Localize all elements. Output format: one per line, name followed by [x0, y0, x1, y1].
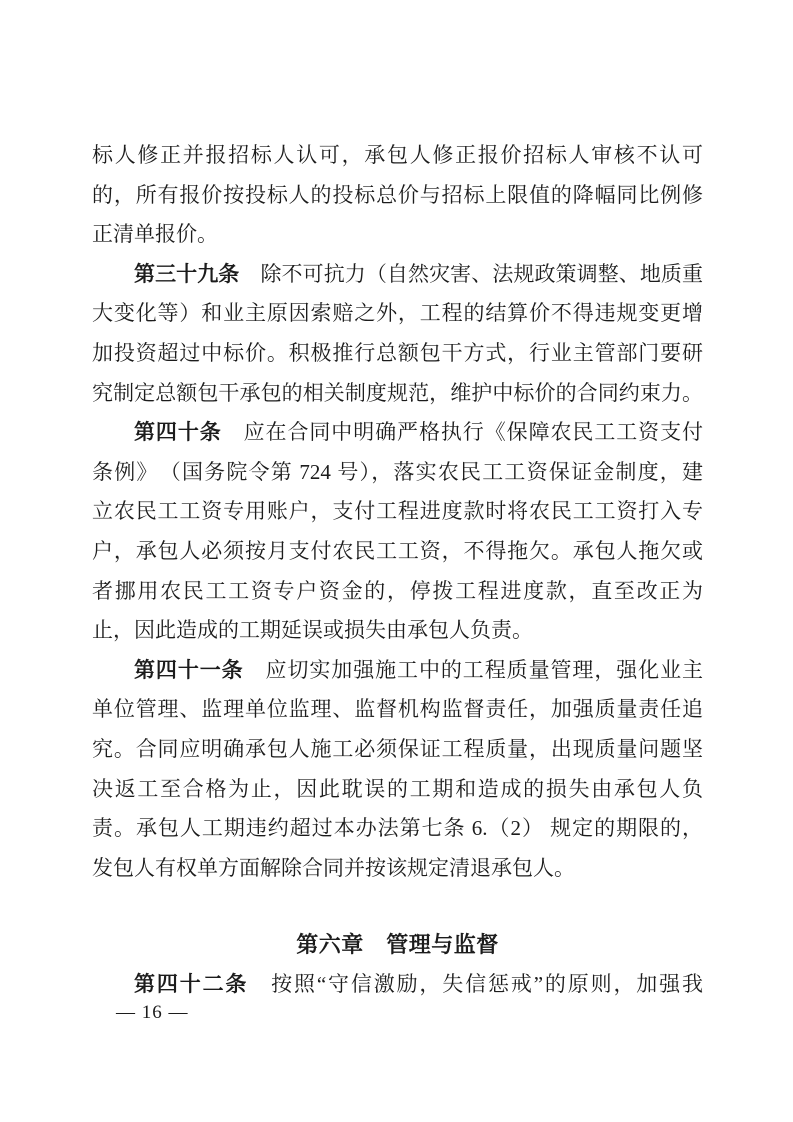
- text-run: 除不可抗力（自然灾害、法规政策调整、地质重: [239, 262, 703, 286]
- text-line: 加投资超过中标价。积极推行总额包干方式，行业主管部门要研: [92, 334, 703, 374]
- text-line: 第三十九条 除不可抗力（自然灾害、法规政策调整、地质重: [92, 255, 703, 295]
- text-line: 正清单报价。: [92, 215, 703, 255]
- text-line: 的，所有报价按投标人的投标总价与招标上限值的降幅同比例修: [92, 176, 703, 216]
- text-run: 的，所有报价按投标人的投标总价与招标上限值的降幅同比例修: [92, 183, 703, 207]
- emphasis-text: 第四十条: [134, 420, 222, 444]
- text-line: 决返工至合格为止，因此耽误的工期和造成的损失由承包人负: [92, 770, 703, 810]
- text-run: 户，承包人必须按月支付农民工工资，不得拖欠。承包人拖欠或: [92, 539, 703, 563]
- text-line: 户，承包人必须按月支付农民工工资，不得拖欠。承包人拖欠或: [92, 532, 703, 572]
- text-line: 大变化等）和业主原因索赔之外，工程的结算价不得违规变更增: [92, 294, 703, 334]
- text-run: 究制定总额包干承包的相关制度规范，维护中标价的合同约束力。: [92, 381, 703, 405]
- text-run: 正清单报价。: [92, 222, 218, 246]
- article-41: 第四十一条 应切实加强施工中的工程质量管理，强化业主单位管理、监理单位监理、监督…: [92, 651, 703, 889]
- text-run: 责。承包人工期违约超过本办法第七条 6.（2） 规定的期限的，: [92, 816, 703, 840]
- paragraph-continuation: 标人修正并报招标人认可，承包人修正报价招标人审核不认可的，所有报价按投标人的投标…: [92, 136, 703, 255]
- emphasis-text: 第六章 管理与监督: [296, 932, 499, 957]
- text-line: 第四十条 应在合同中明确严格执行《保障农民工工资支付: [92, 413, 703, 453]
- text-line: 立农民工工资专用账户，支付工程进度款时将农民工工资打入专: [92, 492, 703, 532]
- text-run: 条例》 （国务院令第 724 号），落实农民工工资保证金制度，建: [92, 460, 703, 484]
- text-run: 究。合同应明确承包人施工必须保证工程质量，出现质量问题坚: [92, 737, 703, 761]
- text-line: 第六章 管理与监督: [92, 925, 703, 965]
- document-page: 标人修正并报招标人认可，承包人修正报价招标人审核不认可的，所有报价按投标人的投标…: [0, 0, 793, 1122]
- text-run: 加投资超过中标价。积极推行总额包干方式，行业主管部门要研: [92, 341, 703, 365]
- text-run: 决返工至合格为止，因此耽误的工期和造成的损失由承包人负: [92, 777, 703, 801]
- text-line: 责。承包人工期违约超过本办法第七条 6.（2） 规定的期限的，: [92, 809, 703, 849]
- emphasis-text: 第三十九条: [134, 262, 239, 286]
- text-line: 发包人有权单方面解除合同并按该规定清退承包人。: [92, 849, 703, 889]
- text-run: 应切实加强施工中的工程质量管理，强化业主: [244, 658, 703, 682]
- chapter-heading: 第六章 管理与监督: [92, 925, 703, 965]
- article-42: 第四十二条 按照“守信激励，失信惩戒”的原则，加强我: [92, 965, 703, 1005]
- text-line: 标人修正并报招标人认可，承包人修正报价招标人审核不认可: [92, 136, 703, 176]
- article-39: 第三十九条 除不可抗力（自然灾害、法规政策调整、地质重大变化等）和业主原因索赔之…: [92, 255, 703, 413]
- text-line: 者挪用农民工工资专户资金的，停拨工程进度款，直至改正为: [92, 572, 703, 612]
- emphasis-text: 第四十二条: [134, 972, 248, 996]
- emphasis-text: 第四十一条: [134, 658, 244, 682]
- text-line: 究制定总额包干承包的相关制度规范，维护中标价的合同约束力。: [92, 374, 703, 414]
- text-run: 大变化等）和业主原因索赔之外，工程的结算价不得违规变更增: [92, 301, 703, 325]
- text-run: 止，因此造成的工期延误或损失由承包人负责。: [92, 618, 533, 642]
- text-line: 止，因此造成的工期延误或损失由承包人负责。: [92, 611, 703, 651]
- text-run: 发包人有权单方面解除合同并按该规定清退承包人。: [92, 856, 575, 880]
- text-run: 者挪用农民工工资专户资金的，停拨工程进度款，直至改正为: [92, 579, 703, 603]
- text-run: 按照“守信激励，失信惩戒”的原则，加强我: [248, 972, 703, 996]
- text-line: 究。合同应明确承包人施工必须保证工程质量，出现质量问题坚: [92, 730, 703, 770]
- text-run: 标人修正并报招标人认可，承包人修正报价招标人审核不认可: [92, 143, 703, 167]
- text-line: 第四十一条 应切实加强施工中的工程质量管理，强化业主: [92, 651, 703, 691]
- text-run: 单位管理、监理单位监理、监督机构监督责任，加强质量责任追: [92, 697, 703, 721]
- document-body: 标人修正并报招标人认可，承包人修正报价招标人审核不认可的，所有报价按投标人的投标…: [92, 136, 703, 1005]
- text-line: 单位管理、监理单位监理、监督机构监督责任，加强质量责任追: [92, 690, 703, 730]
- text-line: 条例》 （国务院令第 724 号），落实农民工工资保证金制度，建: [92, 453, 703, 493]
- article-40: 第四十条 应在合同中明确严格执行《保障农民工工资支付条例》 （国务院令第 724…: [92, 413, 703, 651]
- text-run: 应在合同中明确严格执行《保障农民工工资支付: [222, 420, 703, 444]
- text-line: 第四十二条 按照“守信激励，失信惩戒”的原则，加强我: [92, 965, 703, 1005]
- text-run: 立农民工工资专用账户，支付工程进度款时将农民工工资打入专: [92, 499, 703, 523]
- page-number: — 16 —: [116, 1001, 189, 1025]
